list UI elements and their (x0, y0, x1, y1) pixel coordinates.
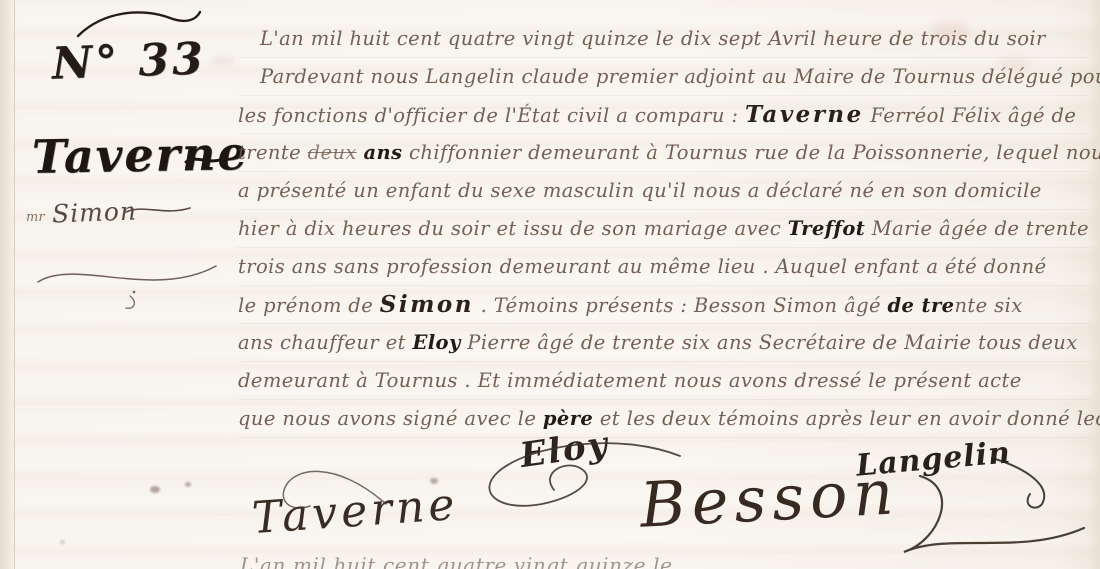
margin-column: N° 33 Taverne mr Simon (14, 0, 230, 569)
struck-word: deux (308, 141, 357, 164)
act-text-segment: nte six (954, 294, 1022, 317)
act-text-segment: les fonctions d'officier de l'État civil… (238, 104, 745, 127)
act-line: demeurant à Tournus . Et immédiatement n… (238, 362, 1090, 400)
margin-paraph (34, 244, 224, 314)
act-text-segment: Pardevant nous Langelin claude premier a… (260, 65, 1100, 88)
act-line: le prénom de Simon . Témoins présents : … (238, 286, 1090, 324)
act-line: L'an mil huit cent quatre vingt quinze l… (238, 20, 1090, 58)
next-act-partial-line: L'an mil huit cent quatre vingt quinze l… (240, 552, 1080, 569)
act-text-segment: ans chauffeur et (238, 331, 412, 354)
margin-surname: Taverne (32, 126, 249, 184)
correction-ink: ans (363, 141, 402, 164)
act-text-segment: Ferréol Félix âgé de (864, 104, 1077, 127)
act-line: que nous avons signé avec le père et les… (238, 400, 1090, 438)
person-name: Taverne (745, 101, 864, 128)
correction-ink: de tre (888, 294, 955, 317)
act-line: Pardevant nous Langelin claude premier a… (238, 58, 1090, 96)
margin-given-name: Simon (52, 197, 138, 229)
act-text-segment: . Témoins présents : Besson Simon âgé (474, 294, 888, 317)
act-text-segment: trois ans sans profession demeurant au m… (238, 255, 1047, 278)
act-line: trois ans sans profession demeurant au m… (238, 248, 1090, 286)
binding-edge (0, 0, 15, 569)
act-line: a présenté un enfant du sexe masculin qu… (238, 172, 1090, 210)
margin-given-prefix: mr (26, 210, 45, 225)
act-text-segment: a présenté un enfant du sexe masculin qu… (238, 179, 1042, 202)
act-line: trente deux ans chiffonnier demeurant à … (238, 134, 1090, 172)
act-text-segment: hier à dix heures du soir et issu de son… (238, 217, 788, 240)
act-number: N° 33 (51, 33, 206, 89)
act-text-segment: demeurant à Tournus . Et immédiatement n… (238, 369, 1022, 392)
act-text-segment: chiffonnier demeurant à Tournus rue de l… (402, 141, 1100, 164)
act-text-segment: le prénom de (238, 294, 380, 317)
act-text-segment: L'an mil huit cent quatre vingt quinze l… (260, 27, 1046, 50)
act-text-segment: que nous avons signé avec le (238, 407, 543, 430)
act-text-segment: Pierre âgé de trente six ans Secrétaire … (461, 331, 1078, 354)
correction-ink: Eloy (412, 331, 460, 354)
act-text-segment: Marie âgée de trente (865, 217, 1089, 240)
act-text-segment: trente (238, 141, 308, 164)
act-line: ans chauffeur et Eloy Pierre âgé de tren… (238, 324, 1090, 362)
correction-ink: père (543, 407, 593, 430)
act-line: les fonctions d'officier de l'État civil… (238, 96, 1090, 134)
correction-ink: Treffot (788, 217, 865, 240)
act-text: L'an mil huit cent quatre vingt quinze l… (238, 20, 1090, 438)
act-text-segment: et les deux témoins après leur en avoir … (593, 407, 1100, 430)
person-name: Simon (380, 291, 474, 318)
act-line: hier à dix heures du soir et issu de son… (238, 210, 1090, 248)
